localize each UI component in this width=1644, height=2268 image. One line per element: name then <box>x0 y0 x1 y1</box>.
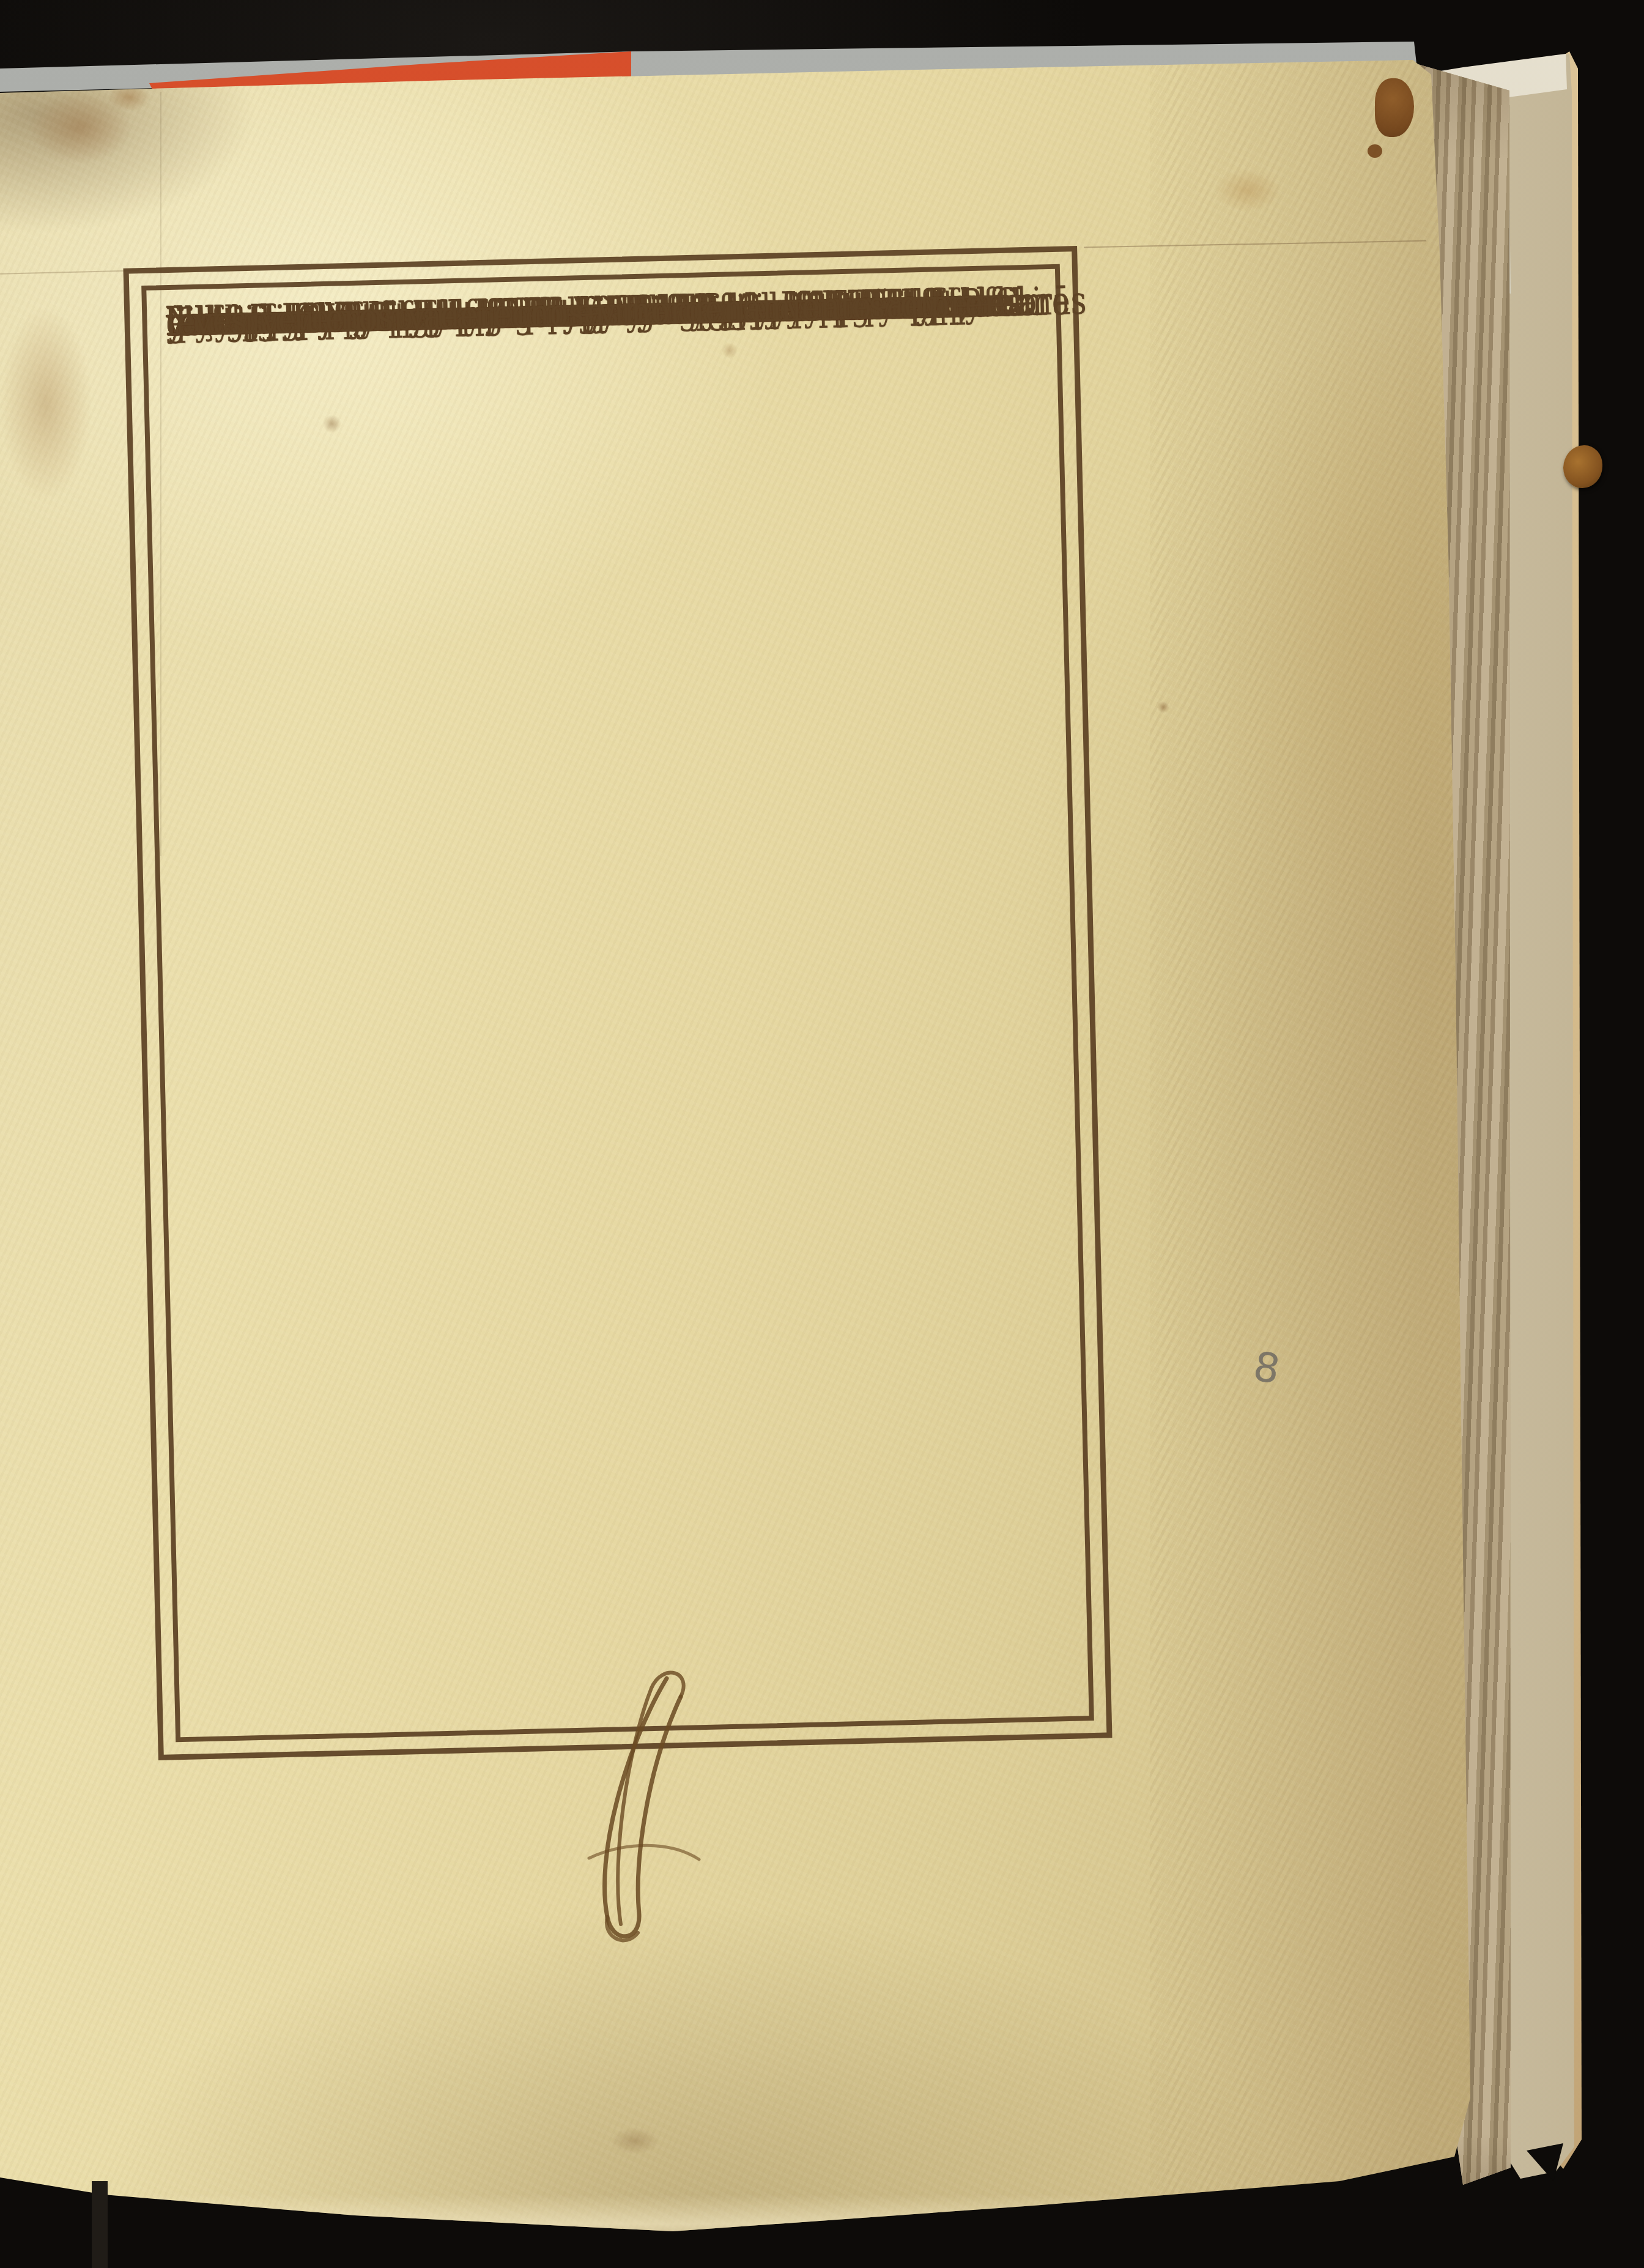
spine-shadow <box>92 2181 108 2268</box>
manuscript-photograph: nueſtras rentas y pechos y derechos eſte… <box>0 0 1644 2268</box>
leather-clasp-tab <box>1563 445 1602 488</box>
ink-blot-droplet <box>1368 144 1382 158</box>
notarial-flourish <box>554 1661 719 1955</box>
stain <box>610 2127 659 2154</box>
stain <box>0 306 92 502</box>
text-frame: nueſtras rentas y pechos y derechos eſte… <box>123 246 1112 1760</box>
ruling-line-left <box>0 270 139 275</box>
parchment-page: nueſtras rentas y pechos y derechos eſte… <box>0 0 1644 2268</box>
stain <box>1157 701 1169 713</box>
stain <box>1214 169 1281 212</box>
text-block: nueſtras rentas y pechos y derechos eſte… <box>166 280 1091 1747</box>
